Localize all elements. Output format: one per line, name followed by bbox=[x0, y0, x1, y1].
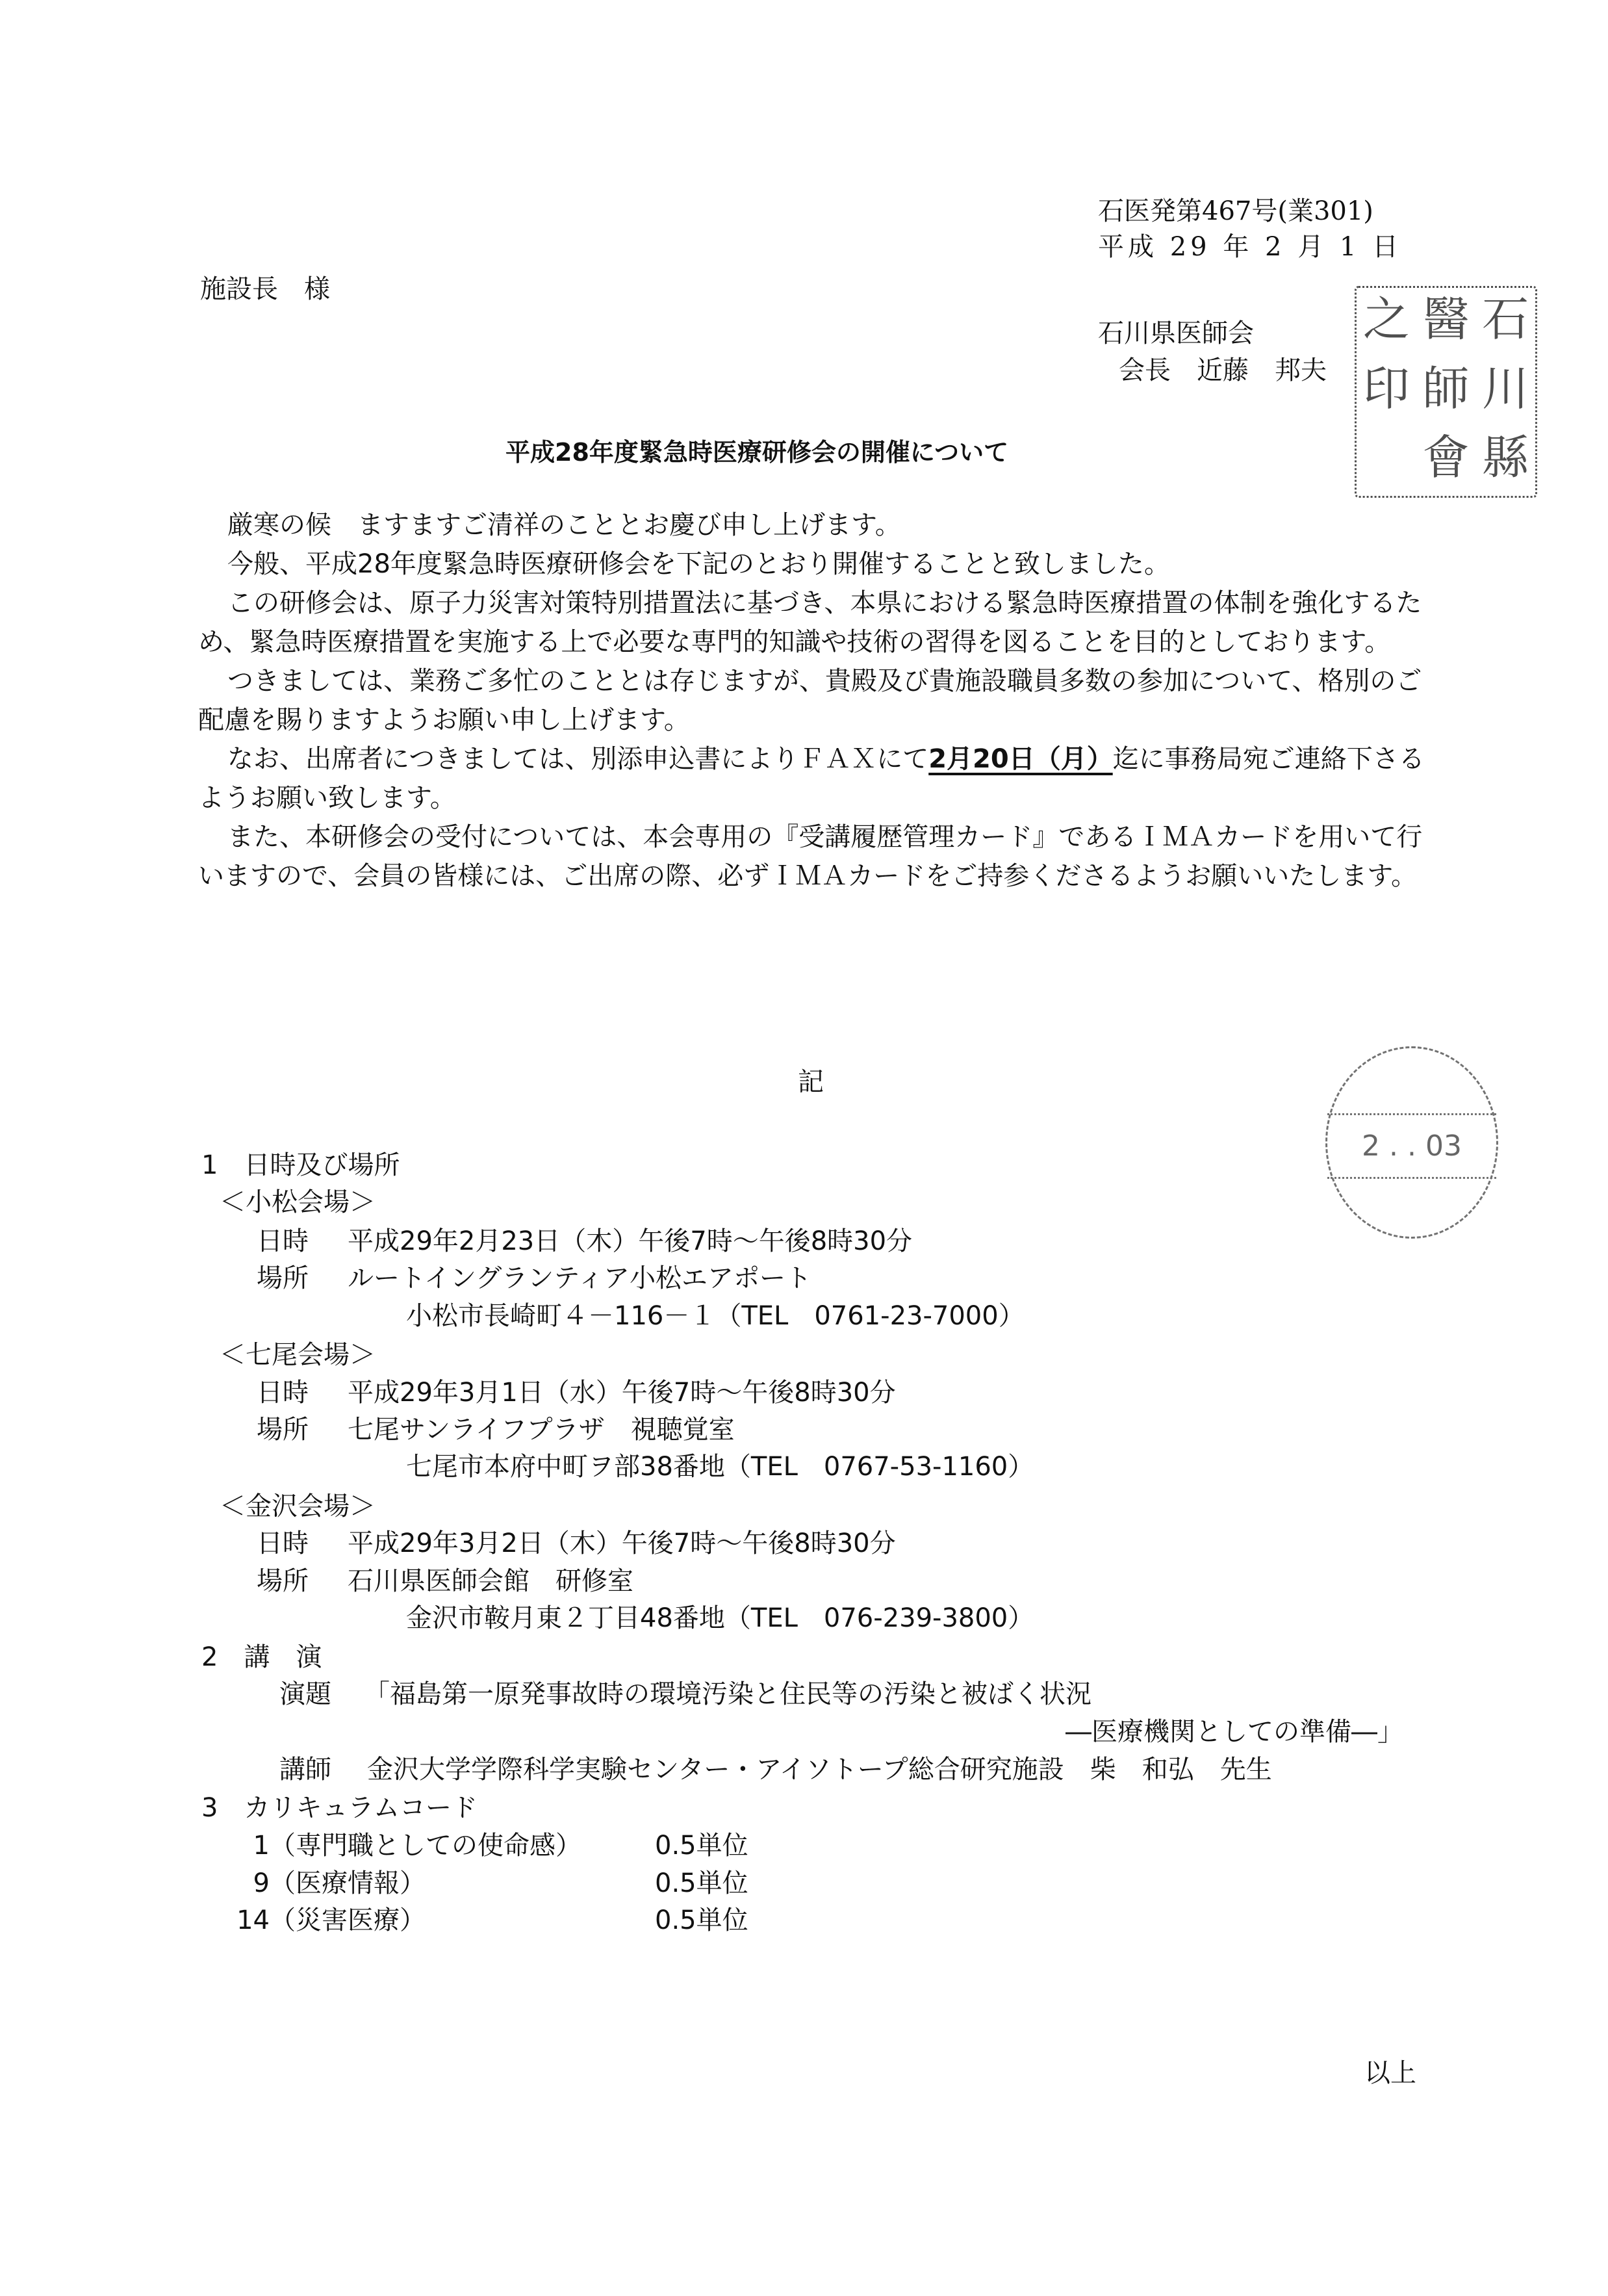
addressee: 施設長 様 bbox=[200, 273, 330, 305]
section-2-heading: 2 講 演 bbox=[201, 1641, 322, 1673]
document-number: 石医発第467号(業301) bbox=[1098, 195, 1373, 227]
venue-nanao-name: ＜七尾会場＞ bbox=[220, 1339, 376, 1371]
venue-kanazawa-address: 金沢市鞍月東２丁目48番地（TEL 076-239-3800） bbox=[406, 1602, 1034, 1634]
venue-nanao-address: 七尾市本府中町ヲ部38番地（TEL 0767-53-1160） bbox=[406, 1451, 1034, 1483]
document-title: 平成28年度緊急時医療研修会の開催について bbox=[505, 432, 1008, 468]
received-date-stamp: 2 . . 03 bbox=[1325, 1046, 1498, 1239]
venue-komatsu-name: ＜小松会場＞ bbox=[220, 1186, 376, 1219]
section-3-heading: 3 カリキュラムコード bbox=[201, 1792, 478, 1824]
stamp-date: 2 . . 03 bbox=[1327, 1113, 1496, 1179]
deadline-date: 2月20日（月） bbox=[928, 744, 1113, 774]
curriculum-units: 0.5単位 bbox=[655, 1831, 748, 1861]
curriculum-units: 0.5単位 bbox=[655, 1905, 748, 1935]
ima-card-paragraph: また、本研修会の受付については、本会専用の『受講履歴管理カード』であるＩＭＡカー… bbox=[198, 818, 1426, 896]
sender-name: 会長 近藤 邦夫 bbox=[1119, 354, 1327, 387]
issue-date: 平成 29 年 2 月 1 日 bbox=[1098, 231, 1402, 263]
seal-char: 川 bbox=[1475, 357, 1535, 427]
curriculum-code-row: 14（災害医療）0.5単位 bbox=[233, 1904, 748, 1937]
curriculum-code: 14 bbox=[233, 1904, 270, 1937]
seal-char: 印 bbox=[1357, 357, 1416, 427]
curriculum-units: 0.5単位 bbox=[655, 1868, 748, 1898]
curriculum-code: 1 bbox=[250, 1829, 270, 1862]
deadline-text-before: なお、出席者につきましては、別添申込書によりＦＡＸにて bbox=[227, 744, 928, 774]
body-text: 厳寒の候 ますますご清祥のこととお慶び申し上げます。 今般、平成28年度緊急時医… bbox=[198, 506, 1426, 896]
seal-char: 師 bbox=[1416, 357, 1476, 427]
curriculum-code-row: 1（専門職としての使命感）0.5単位 bbox=[250, 1829, 748, 1862]
deadline-paragraph: なお、出席者につきましては、別添申込書によりＦＡＸにて2月20日（月）迄に事務局… bbox=[198, 740, 1426, 818]
curriculum-code: 9 bbox=[250, 1867, 270, 1900]
venue-komatsu-datetime-label: 日時 bbox=[257, 1225, 309, 1258]
ki-heading: 記 bbox=[798, 1066, 824, 1098]
request-paragraph: つきましては、業務ご多忙のこととは存じますが、貴殿及び貴施設職員多数の参加につい… bbox=[198, 662, 1426, 740]
curriculum-name: （災害医療） bbox=[270, 1904, 655, 1937]
venue-kanazawa-place-label: 場所 bbox=[257, 1565, 309, 1597]
venue-nanao-datetime-label: 日時 bbox=[257, 1376, 309, 1409]
venue-kanazawa-datetime-label: 日時 bbox=[257, 1527, 309, 1560]
lecture-topic-line1: 「福島第一原発事故時の環境汚染と住民等の汚染と被ばく状況 bbox=[364, 1678, 1091, 1710]
lecturer-label: 講師 bbox=[279, 1753, 331, 1786]
seal-char: 之 bbox=[1357, 288, 1416, 357]
venue-kanazawa-datetime: 平成29年3月2日（木）午後7時〜午後8時30分 bbox=[348, 1527, 896, 1560]
purpose-paragraph: この研修会は、原子力災害対策特別措置法に基づき、本県における緊急時医療措置の体制… bbox=[198, 584, 1426, 662]
seal-char: 石 bbox=[1475, 288, 1535, 357]
venue-komatsu-place: ルートイングランティア小松エアポート bbox=[348, 1262, 811, 1295]
seal-char bbox=[1357, 426, 1416, 496]
greeting-paragraph: 厳寒の候 ますますご清祥のこととお慶び申し上げます。 bbox=[198, 506, 1426, 545]
venue-komatsu-place-label: 場所 bbox=[257, 1262, 309, 1295]
section-1-heading: 1 日時及び場所 bbox=[201, 1149, 400, 1181]
venue-komatsu-datetime: 平成29年2月23日（木）午後7時〜午後8時30分 bbox=[348, 1225, 912, 1258]
lecture-topic-label: 演題 bbox=[279, 1678, 331, 1710]
venue-komatsu-address: 小松市長崎町４－116－１（TEL 0761-23-7000） bbox=[406, 1300, 1025, 1332]
lecture-topic-line2: ―医療機関としての準備―」 bbox=[1066, 1716, 1403, 1748]
lecturer-name: 金沢大学学際科学実験センター・アイソトープ総合研究施設 柴 和弘 先生 bbox=[367, 1753, 1272, 1786]
venue-kanazawa-place: 石川県医師会館 研修室 bbox=[348, 1565, 633, 1597]
seal-char: 縣 bbox=[1475, 426, 1535, 496]
closing-text: 以上 bbox=[1364, 2057, 1416, 2089]
seal-char: 會 bbox=[1416, 426, 1476, 496]
venue-kanazawa-name: ＜金沢会場＞ bbox=[220, 1490, 376, 1523]
venue-nanao-place-label: 場所 bbox=[257, 1413, 309, 1446]
venue-nanao-place: 七尾サンライフプラザ 視聴覚室 bbox=[348, 1413, 735, 1446]
curriculum-name: （医療情報） bbox=[270, 1867, 655, 1900]
official-seal-stamp: 之 醫 石 印 師 川 會 縣 bbox=[1355, 286, 1537, 498]
sender-organization: 石川県医師会 bbox=[1098, 317, 1254, 350]
announcement-paragraph: 今般、平成28年度緊急時医療研修会を下記のとおり開催することと致しました。 bbox=[198, 545, 1426, 584]
curriculum-code-row: 9（医療情報）0.5単位 bbox=[250, 1867, 748, 1900]
venue-nanao-datetime: 平成29年3月1日（水）午後7時〜午後8時30分 bbox=[348, 1376, 896, 1409]
curriculum-name: （専門職としての使命感） bbox=[270, 1829, 655, 1862]
seal-char: 醫 bbox=[1416, 288, 1476, 357]
